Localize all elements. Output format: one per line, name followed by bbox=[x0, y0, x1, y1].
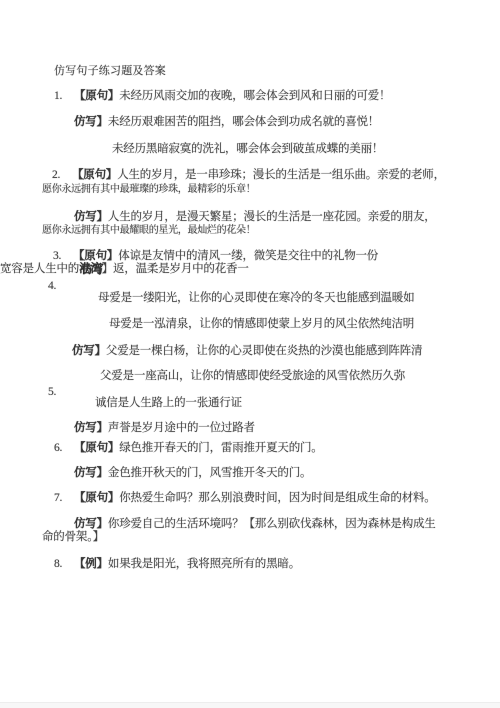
imitation-text: 人生的岁月，是漫天繁星；漫长的生活是一座花园。亲爱的朋友， bbox=[108, 211, 436, 223]
overlap-prefix: 宽容是人生中的 bbox=[0, 263, 79, 275]
document-page: 仿写句子练习题及答案 1.【原句】未经历风雨交加的夜晚，哪会体会到风和日丽的可爱… bbox=[0, 0, 500, 708]
imitation-label: 仿写】 bbox=[74, 211, 108, 223]
original-label: 【原句】 bbox=[74, 90, 119, 102]
exercise-5-number: 5. bbox=[48, 385, 56, 399]
imitation-label: 仿写】 bbox=[74, 518, 108, 530]
exercise-5-line1: 诚信是人生路上的一张通行证 bbox=[95, 396, 242, 410]
exercise-2-imitation-line: 仿写】人生的岁月，是漫天繁星；漫长的生活是一座花园。亲爱的朋友， bbox=[74, 210, 436, 224]
imitation-label: 仿写】 bbox=[74, 116, 108, 128]
imitation-text: 父爱是一棵白杨，让你的心灵即使在炎热的沙漠也能感到阵阵清 bbox=[106, 345, 422, 357]
item-number: 3. bbox=[53, 249, 73, 263]
imitation-label: 仿写】 bbox=[74, 422, 108, 434]
exercise-3-overlap-line: 宽容是人生中的港湾仿写】返，温柔是岁月中的花香一 bbox=[0, 262, 249, 276]
item-number: 2. bbox=[52, 168, 72, 182]
imitation-text: 你珍爱自己的生活环境吗？【那么别砍伐森林，因为森林是构成生 bbox=[108, 518, 436, 530]
imitation-text: 声誉是岁月途中的一位过路者 bbox=[108, 422, 255, 434]
exercise-6-original-line: 6.【原句】绿色推开春天的门，雷雨推开夏天的门。 bbox=[54, 441, 323, 455]
original-label: 【原句】 bbox=[74, 442, 119, 454]
page-title: 仿写句子练习题及答案 bbox=[54, 64, 166, 78]
exercise-4-line1: 母爱是一缕阳光，让你的心灵即使在寒冷的冬天也能感到温暖如 bbox=[98, 291, 414, 305]
imitation-label: 仿写】 bbox=[72, 345, 106, 357]
exercise-1-imitation-line: 仿写】未经历艰难困苦的阻挡，哪会体会到功成名就的喜悦！ bbox=[74, 115, 379, 129]
original-label: 【原句】 bbox=[73, 250, 118, 262]
item-number: 7. bbox=[54, 491, 74, 505]
original-label: 【原句】 bbox=[72, 169, 117, 181]
exercise-8-example-line: 8.【例】如果我是阳光，我将照亮所有的黑暗。 bbox=[54, 557, 300, 571]
item-number: 6. bbox=[54, 441, 74, 455]
imitation-label: 仿写】 bbox=[74, 467, 108, 479]
example-text: 如果我是阳光，我将照亮所有的黑暗。 bbox=[108, 558, 300, 570]
overlap-glyphs: 港湾仿写 bbox=[79, 262, 102, 276]
imitation-text: 金色推开秋天的门，风雪推开冬天的门。 bbox=[108, 467, 311, 479]
exercise-2-original-line: 2.【原句】人生的岁月，是一串珍珠；漫长的生活是一组乐曲。亲爱的老师， bbox=[52, 168, 445, 182]
overlap-suffix: 】返，温柔是岁月中的花香一 bbox=[102, 263, 249, 275]
original-text: 人生的岁月，是一串珍珠；漫长的生活是一组乐曲。亲爱的老师， bbox=[117, 169, 445, 181]
exercise-7-original-line: 7.【原句】你热爱生命吗？那么别浪费时间，因为时间是组成生命的材料。 bbox=[54, 491, 436, 505]
exercise-6-imitation-line: 仿写】金色推开秋天的门，风雪推开冬天的门。 bbox=[74, 466, 311, 480]
overlap-top-text: 仿写 bbox=[81, 263, 104, 277]
exercise-4-number: 4. bbox=[48, 279, 56, 293]
exercise-7-imitation-wrap: 命的骨架。】 bbox=[42, 530, 104, 544]
original-text: 未经历风雨交加的夜晚，哪会体会到风和日丽的可爱！ bbox=[119, 90, 390, 102]
exercise-1-extra-line: 未经历黑暗寂寞的洗礼，哪会体会到破茧成蝶的美丽！ bbox=[112, 142, 383, 156]
imitation-text: 未经历艰难困苦的阻挡，哪会体会到功成名就的喜悦！ bbox=[108, 116, 379, 128]
exercise-4-imitation-line: 仿写】父爱是一棵白杨，让你的心灵即使在炎热的沙漠也能感到阵阵清 bbox=[72, 344, 422, 358]
item-number: 1. bbox=[54, 89, 74, 103]
exercise-2-original-wrap: 愿你永远拥有其中最璀璨的珍珠，最精彩的乐章！ bbox=[42, 183, 255, 197]
item-number: 8. bbox=[54, 557, 74, 571]
exercise-7-imitation-line: 仿写】你珍爱自己的生活环境吗？【那么别砍伐森林，因为森林是构成生 bbox=[74, 517, 436, 531]
example-label: 【例】 bbox=[74, 558, 108, 570]
original-label: 【原句】 bbox=[74, 492, 119, 504]
original-text: 绿色推开春天的门，雷雨推开夏天的门。 bbox=[119, 442, 322, 454]
original-text: 体谅是友情中的清风一缕，微笑是交往中的礼物一份 bbox=[118, 250, 378, 262]
page-bottom-edge bbox=[0, 702, 500, 708]
exercise-4-line4: 父爱是一座高山，让你的情感即使经受旅途的风雪依然历久弥 bbox=[100, 369, 405, 383]
exercise-1-original-line: 1.【原句】未经历风雨交加的夜晚，哪会体会到风和日丽的可爱！ bbox=[54, 89, 390, 103]
exercise-5-imitation-line: 仿写】声誉是岁月途中的一位过路者 bbox=[74, 421, 255, 435]
exercise-2-imitation-wrap: 愿你永远拥有其中最耀眼的星光，最灿烂的花朵！ bbox=[42, 224, 255, 238]
original-text: 你热爱生命吗？那么别浪费时间，因为时间是组成生命的材料。 bbox=[119, 492, 435, 504]
exercise-4-line2: 母爱是一泓清泉，让你的情感即使蒙上岁月的风尘依然纯洁明 bbox=[109, 317, 414, 331]
exercise-3-original-line: 3.【原句】体谅是友情中的清风一缕，微笑是交往中的礼物一份 bbox=[53, 249, 378, 263]
